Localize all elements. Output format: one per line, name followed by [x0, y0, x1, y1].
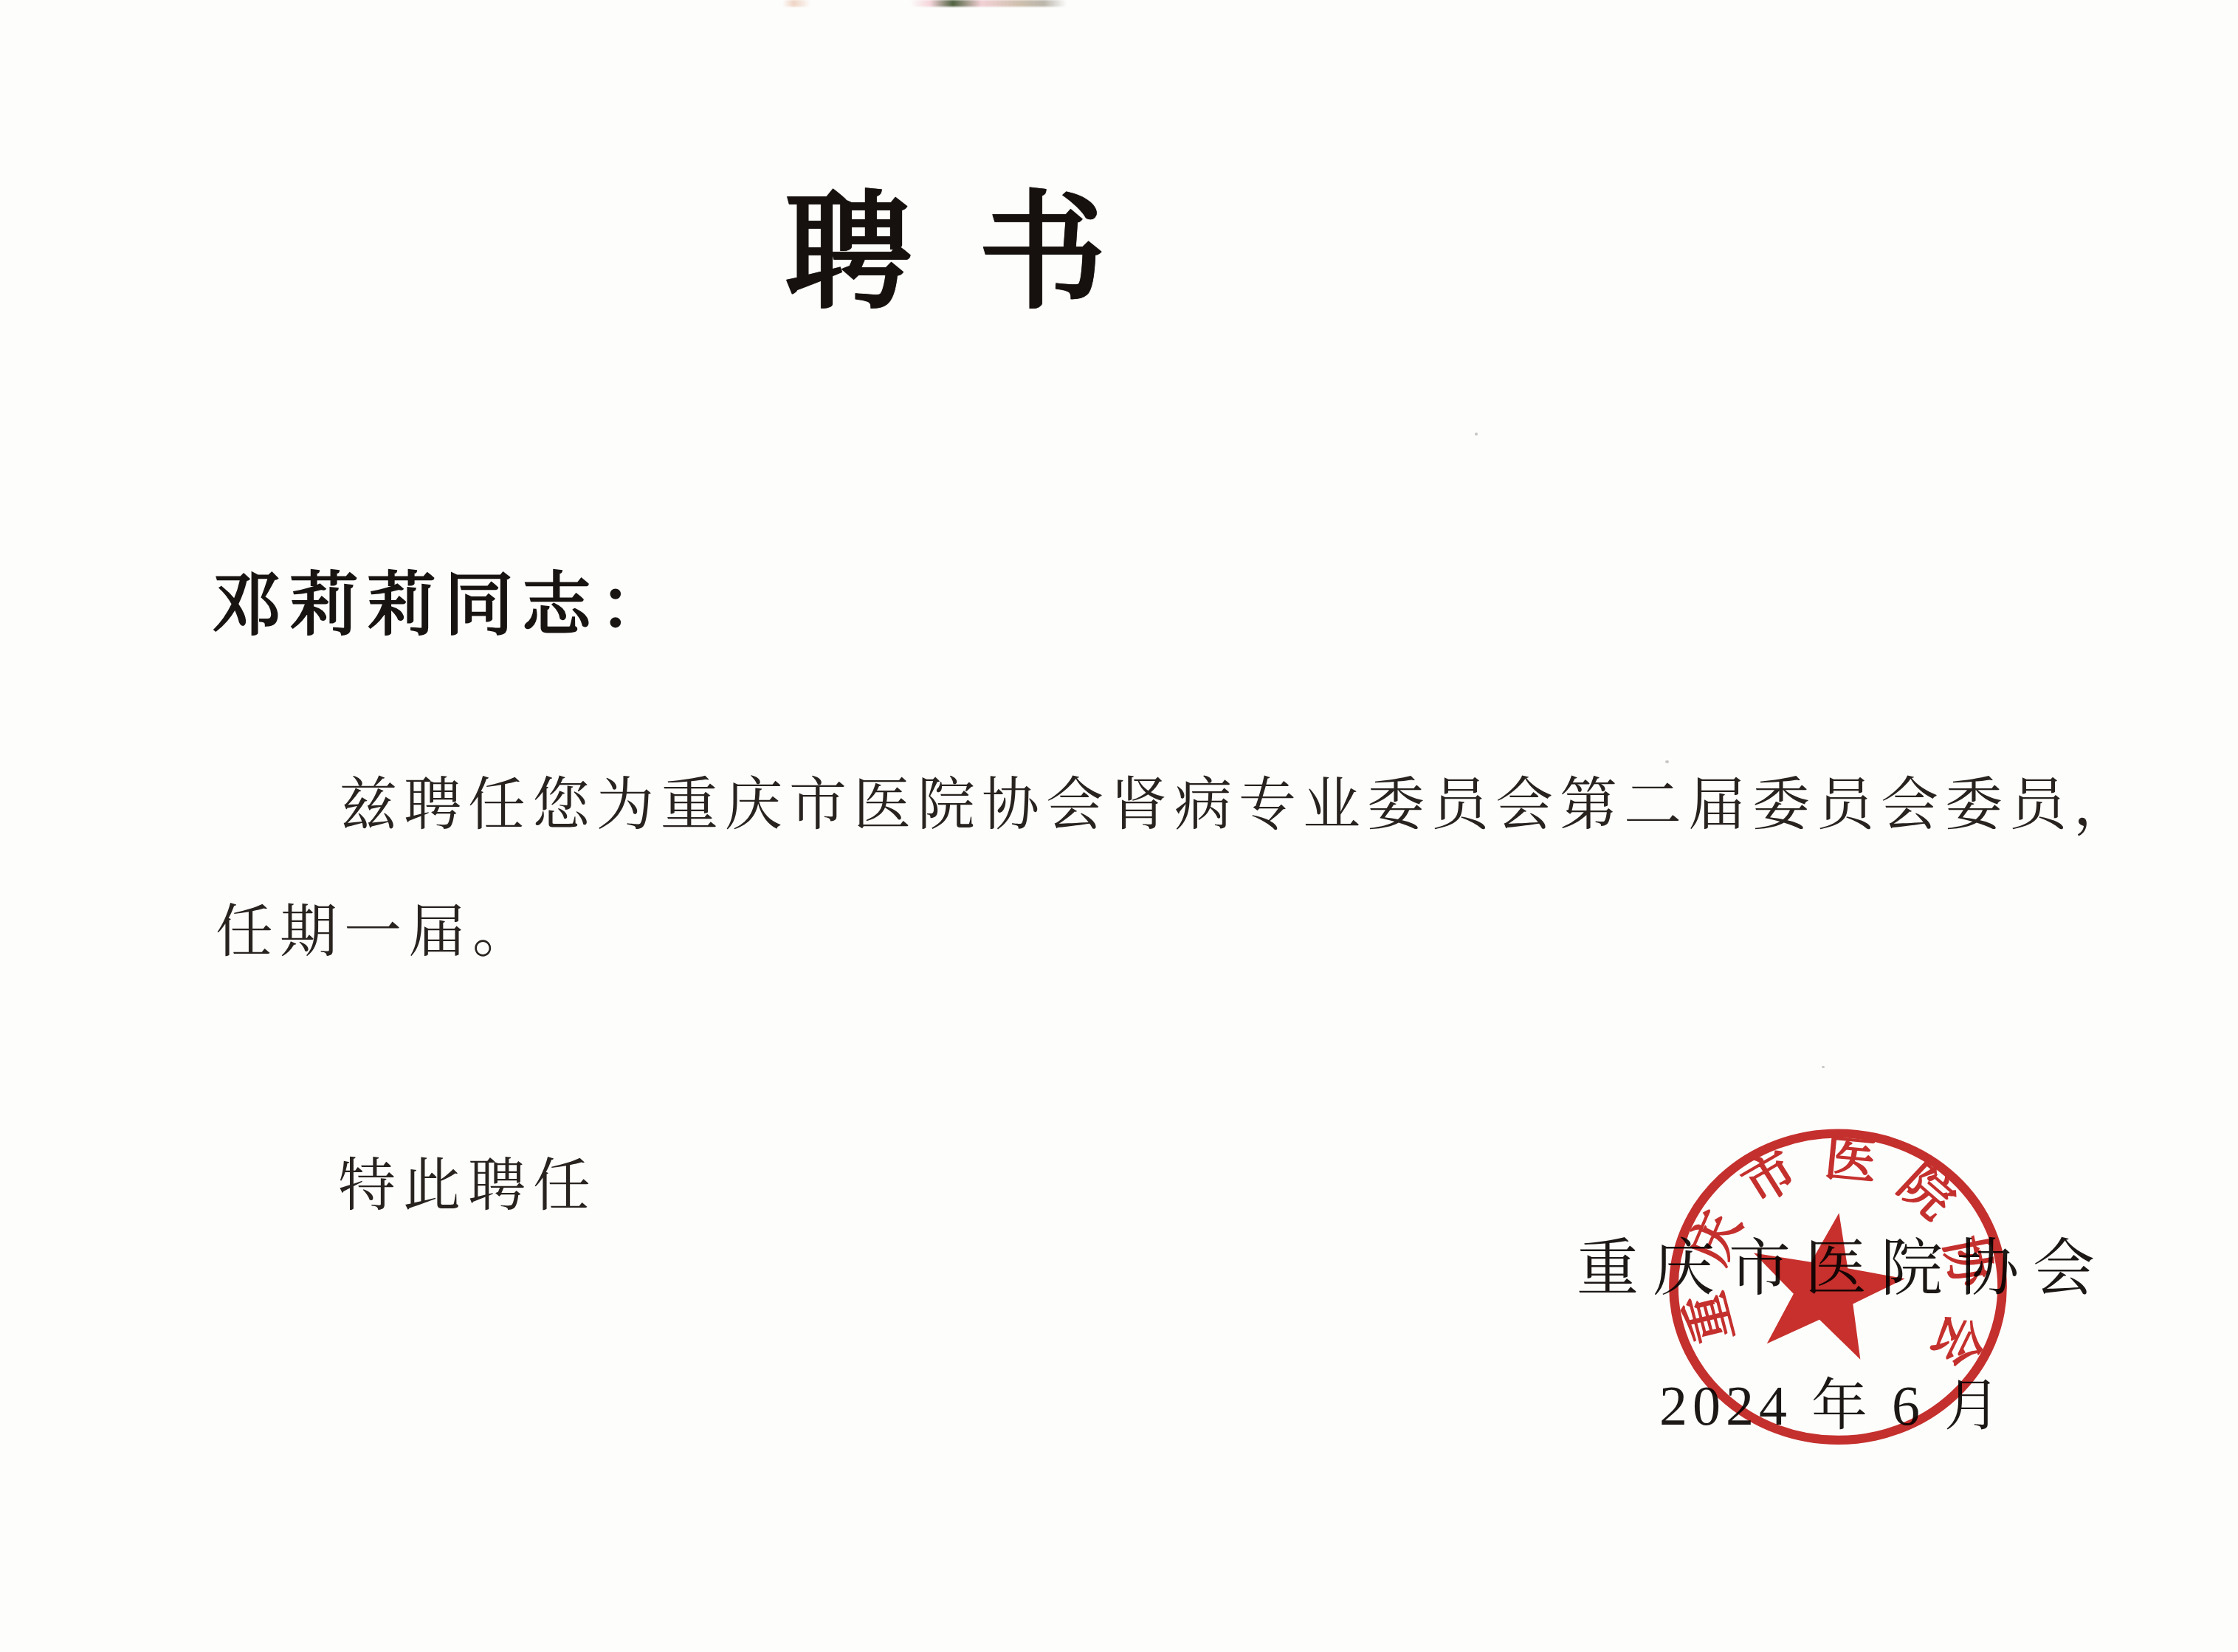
body-text-line-2: 任期一届。 [216, 901, 537, 964]
scan-speck [1822, 1066, 1825, 1068]
seal-arc-char: 重 [1676, 1287, 1744, 1349]
certificate-page: 聘 书 邓莉莉同志： 兹聘任您为重庆市医院协会肾病专业委员会第二届委员会委员， … [0, 0, 2238, 1652]
salutation: 邓莉莉同志： [212, 567, 677, 643]
scan-speck [1475, 433, 1478, 436]
seal-arc-char: 医 [1822, 1131, 1879, 1191]
scan-artifact-strip [782, 0, 1067, 7]
red-star-icon [1754, 1213, 1905, 1359]
scan-speck [1665, 760, 1669, 763]
seal-arc-char: 协 [1934, 1231, 2000, 1293]
seal-arc-char: 市 [1733, 1141, 1807, 1214]
body-text-line-1: 兹聘任您为重庆市医院协会肾病专业委员会第二届委员会委员， [340, 774, 2138, 837]
official-seal: 重 庆 市 医 院 协 会 [1658, 1116, 2018, 1463]
seal-arc-char: 院 [1887, 1155, 1964, 1230]
closing-phrase: 特此聘任 [338, 1154, 598, 1218]
certificate-title: 聘 书 [785, 190, 1123, 317]
